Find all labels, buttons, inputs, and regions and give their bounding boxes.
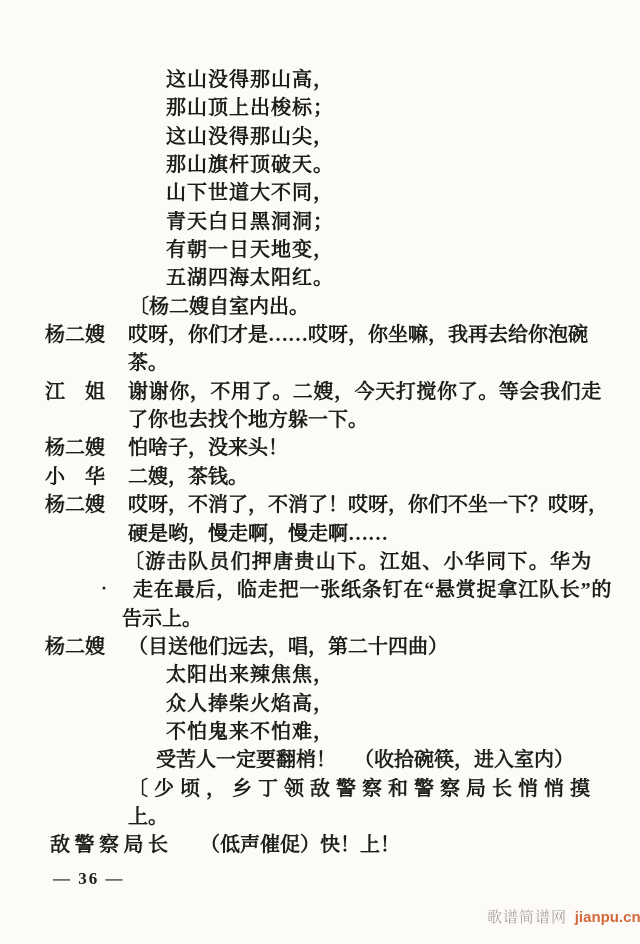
stage-direction-police-line-2: 上。 bbox=[0, 803, 640, 831]
script-page: 这山没得那山高， 那山顶上出梭标； 这山没得那山尖， 那山旗杆顶破天。 山下世道… bbox=[0, 0, 640, 944]
stage-direction-exit-line-2: · 走在最后，临走把一张纸条钉在“悬赏捉拿江队长”的 bbox=[0, 576, 640, 604]
dialogue-row-4: 小 华 二嫂，茶钱。 bbox=[0, 463, 640, 491]
dialogue-continuation: 了你也去找个地方躲一下。 bbox=[0, 406, 640, 434]
speaker-name: 杨二嫂 bbox=[45, 491, 105, 519]
speaker-name: 小 华 bbox=[45, 463, 105, 491]
speaker-name: 杨二嫂 bbox=[45, 321, 105, 349]
dialogue-row-1: 杨二嫂 哎呀，你们才是……哎呀，你坐嘛，我再去给你泡碗 bbox=[0, 321, 640, 349]
stage-direction-exit-line-1: 〔游击队员们押唐贵山下。江姐、小华同下。华为 bbox=[0, 548, 640, 576]
verse-line-8: 五湖四海太阳红。 bbox=[0, 264, 640, 292]
speaker-name: 杨二嫂 bbox=[45, 434, 105, 462]
dialogue-continuation: 硬是哟，慢走啊，慢走啊…… bbox=[0, 520, 640, 548]
song-line-1: 太阳出来辣焦焦， bbox=[0, 661, 640, 689]
verse-line-2: 那山顶上出梭标； bbox=[0, 94, 640, 122]
verse-line-5: 山下世道大不同， bbox=[0, 179, 640, 207]
speaker-name: 江 姐 bbox=[45, 378, 105, 406]
song-inline-direction: （收拾碗筷，进入室内） bbox=[354, 749, 574, 771]
dialogue-row-5: 杨二嫂 哎呀，不消了，不消了！哎呀，你们不坐一下？哎呀， bbox=[0, 491, 640, 519]
page-number: — 36 — bbox=[53, 869, 125, 889]
song-line-text: 受苦人一定要翻梢！ bbox=[156, 749, 336, 771]
margin-dot: · bbox=[101, 574, 108, 602]
dialogue-row-chief: 敌警察局长 （低声催促）快！上！ bbox=[0, 831, 640, 859]
speaker-name: 杨二嫂 bbox=[45, 633, 105, 661]
watermark-site-name: 歌谱简谱网 bbox=[487, 910, 567, 926]
verse-line-3: 这山没得那山尖， bbox=[0, 123, 640, 151]
song-header-row: 杨二嫂 （目送他们远去，唱，第二十四曲） bbox=[0, 633, 640, 661]
page-content: 这山没得那山高， 那山顶上出梭标； 这山没得那山尖， 那山旗杆顶破天。 山下世道… bbox=[0, 66, 640, 860]
song-line-2: 众人捧柴火焰高， bbox=[0, 690, 640, 718]
watermark: 歌谱简谱网 jianpu.cn bbox=[487, 906, 640, 927]
stage-direction-police-line-1: 〔少顷，乡丁领敌警察和警察局长悄悄摸 bbox=[0, 775, 640, 803]
verse-line-1: 这山没得那山高， bbox=[0, 66, 640, 94]
dialogue-row-2: 江 姐 谢谢你，不用了。二嫂，今天打搅你了。等会我们走 bbox=[0, 378, 640, 406]
dialogue-row-3: 杨二嫂 怕啥子，没来头！ bbox=[0, 434, 640, 462]
stage-direction-enter: 〔杨二嫂自室内出。 bbox=[0, 293, 640, 321]
song-line-4: 受苦人一定要翻梢！ （收拾碗筷，进入室内） bbox=[0, 746, 640, 774]
stage-direction-text: 走在最后，临走把一张纸条钉在“悬赏捉拿江队长”的 bbox=[133, 579, 612, 601]
watermark-site-url: jianpu.cn bbox=[575, 909, 640, 926]
verse-line-6: 青天白日黑洞洞； bbox=[0, 208, 640, 236]
song-line-3: 不怕鬼来不怕难， bbox=[0, 718, 640, 746]
speaker-name: 敌警察局长 bbox=[50, 831, 173, 859]
dialogue-continuation: 茶。 bbox=[0, 349, 640, 377]
stage-direction-exit-line-3: 告示上。 bbox=[0, 605, 640, 633]
verse-line-7: 有朝一日天地变， bbox=[0, 236, 640, 264]
verse-line-4: 那山旗杆顶破天。 bbox=[0, 151, 640, 179]
